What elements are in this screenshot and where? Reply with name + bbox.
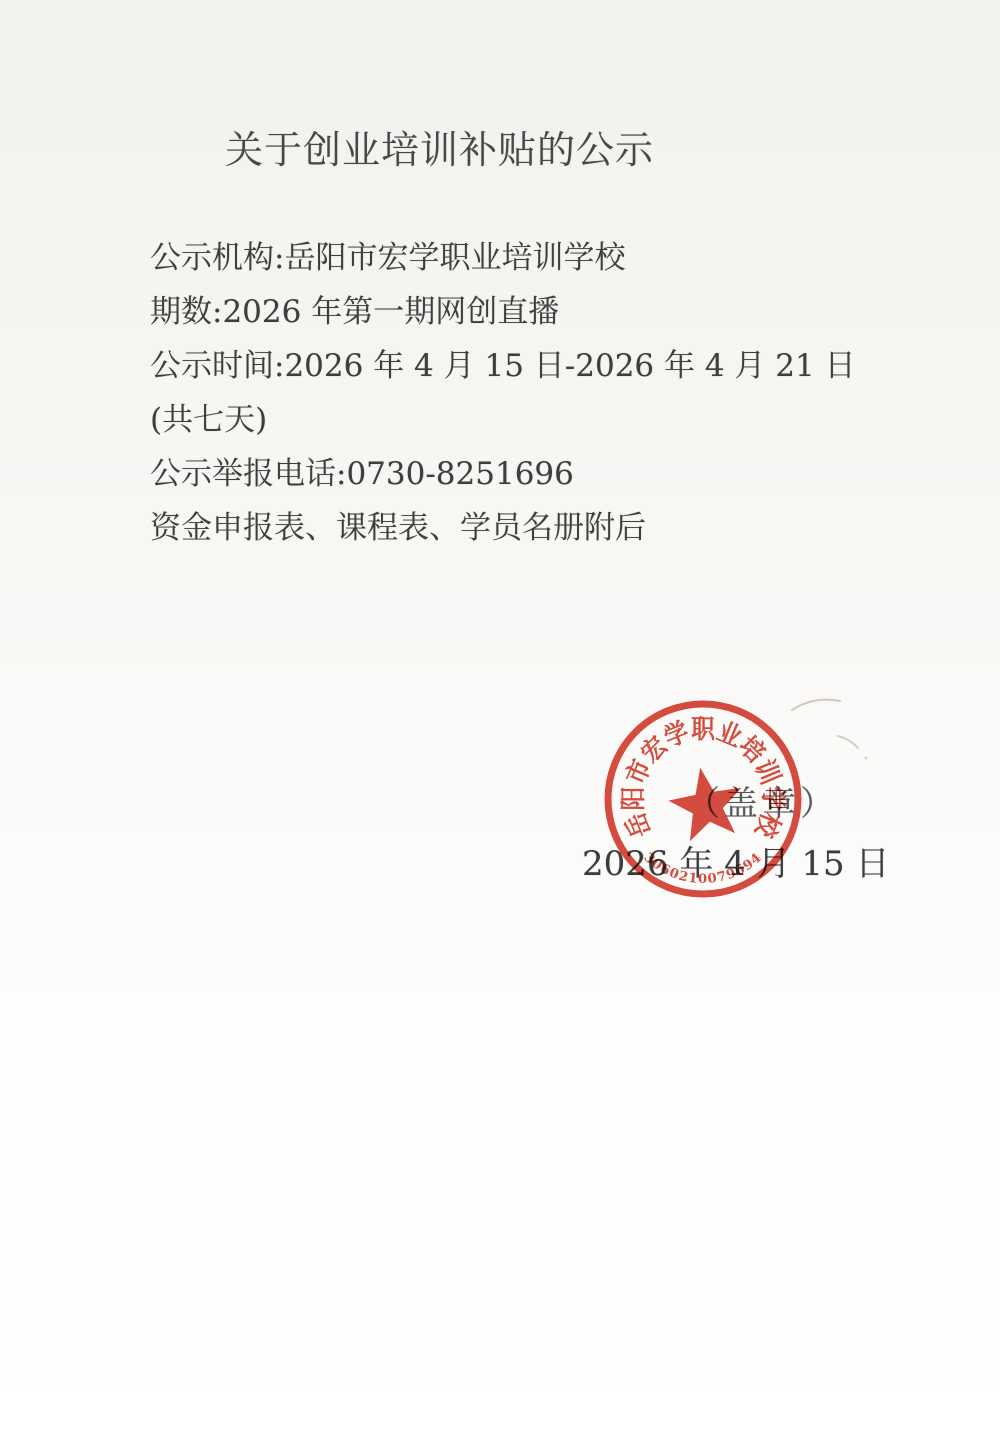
- document-line-hotline: 公示举报电话:0730-8251696: [150, 452, 856, 506]
- scanned-document-page: 关于创业培训补贴的公示 公示机构:岳阳市宏学职业培训学校 期数:2026 年第一…: [0, 0, 1000, 1450]
- document-line-org: 公示机构:岳阳市宏学职业培训学校: [150, 236, 856, 290]
- document-line-duration: (共七天): [150, 398, 856, 452]
- document-body: 公示机构:岳阳市宏学职业培训学校 期数:2026 年第一期网创直播 公示时间:2…: [150, 236, 856, 560]
- document-line-attachments: 资金申报表、课程表、学员名册附后: [150, 506, 856, 560]
- seal-star-icon: [664, 761, 749, 843]
- official-seal: 岳阳市宏学职业培训学校 3060210079694: [592, 688, 814, 910]
- document-title: 关于创业培训补贴的公示: [225, 119, 654, 174]
- document-line-session: 期数:2026 年第一期网创直播: [150, 290, 856, 344]
- document-line-period: 公示时间:2026 年 4 月 15 日-2026 年 4 月 21 日: [150, 344, 856, 398]
